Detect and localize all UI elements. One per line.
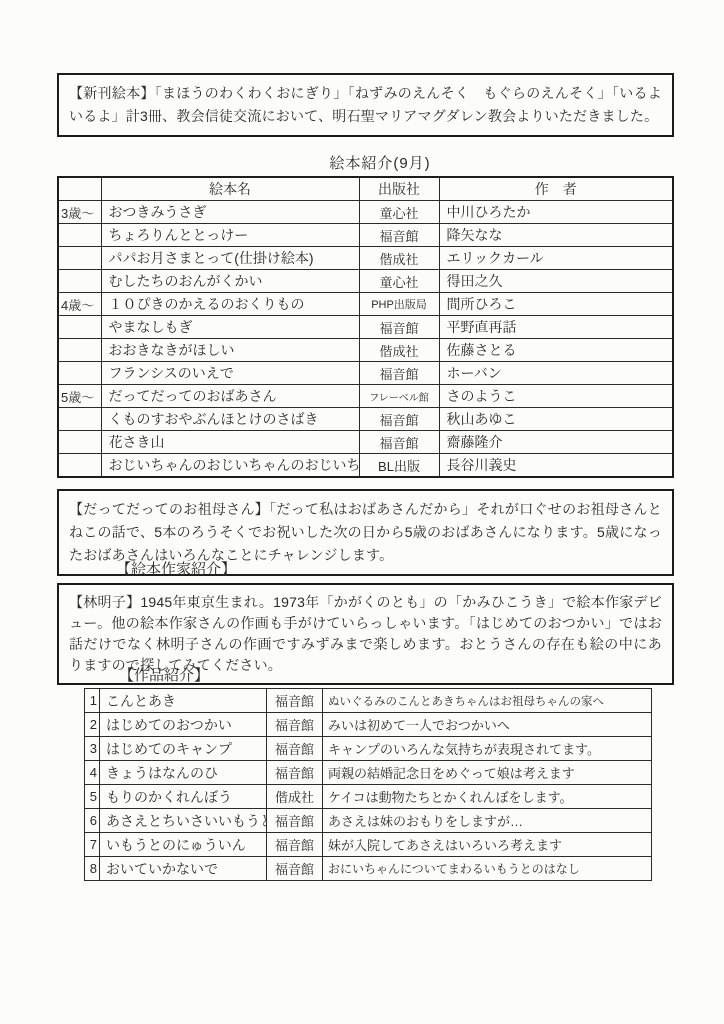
- age-cell: [58, 247, 101, 270]
- book-name-cell: あさえとちいさいいもうと: [100, 809, 267, 833]
- table-row: ちょろりんととっけー 福音館 降矢なな: [58, 224, 673, 247]
- age-cell: [58, 454, 101, 478]
- age-cell: [58, 339, 101, 362]
- publisher-cell: 偕成社: [359, 247, 439, 270]
- table-row: 3 はじめてのキャンプ 福音館 キャンプのいろんな気持ちが表現されてます。: [85, 737, 652, 761]
- table-row: 花さき山 福音館 齋藤隆介: [58, 431, 673, 454]
- publisher-cell: 福音館: [359, 431, 439, 454]
- publisher-cell: 福音館: [267, 713, 323, 737]
- age-cell: 5歳〜: [58, 385, 101, 408]
- publisher-cell: 童心社: [359, 201, 439, 224]
- book-name-cell: くものすおやぶんほとけのさばき: [101, 408, 359, 431]
- table-row: 5 もりのかくれんぼう 偕成社 ケイコは動物たちとかくれんぼをします。: [85, 785, 652, 809]
- new-books-notice-box: 【新刊絵本】「まほうのわくわくおにぎり」「ねずみのえんそく もぐらのえんそく」「…: [57, 73, 674, 137]
- author-cell: 佐藤さとる: [439, 339, 673, 362]
- table-row: やまなしもぎ 福音館 平野直再話: [58, 316, 673, 339]
- publisher-cell: PHP出版局: [359, 293, 439, 316]
- header-publisher: 出版社: [359, 177, 439, 201]
- book-name-cell: こんとあき: [100, 689, 267, 713]
- book-name-cell: むしたちのおんがくかい: [101, 270, 359, 293]
- publisher-cell: フレーベル館: [359, 385, 439, 408]
- row-number-cell: 6: [85, 809, 100, 833]
- table-row: むしたちのおんがくかい 童心社 得田之久: [58, 270, 673, 293]
- description-cell: おにいちゃんについてまわるいもうとのはなし: [323, 857, 652, 881]
- author-cell: 秋山あゆこ: [439, 408, 673, 431]
- table-row: 3歳〜 おつきみうさぎ 童心社 中川ひろたか: [58, 201, 673, 224]
- author-cell: 得田之久: [439, 270, 673, 293]
- description-cell: みいは初めて一人でおつかいへ: [323, 713, 652, 737]
- description-cell: あさえは妹のおもりをしますが…: [323, 809, 652, 833]
- publisher-cell: 福音館: [267, 857, 323, 881]
- row-number-cell: 3: [85, 737, 100, 761]
- row-number-cell: 5: [85, 785, 100, 809]
- picture-book-intro-table: 絵本名 出版社 作 者 3歳〜 おつきみうさぎ 童心社 中川ひろたか ちょろりん…: [57, 176, 674, 478]
- table-row: おじいちゃんのおじいちゃんのおじいちゃん BL出版 長谷川義史: [58, 454, 673, 478]
- scanned-newsletter-page: 【新刊絵本】「まほうのわくわくおにぎり」「ねずみのえんそく もぐらのえんそく」「…: [0, 0, 724, 1024]
- author-cell: エリックカール: [439, 247, 673, 270]
- author-bio-text: 【林明子】1945年東京生まれ。1973年「かがくのとも」の「かみひこうき」で絵…: [69, 594, 662, 673]
- row-number-cell: 4: [85, 761, 100, 785]
- book-name-cell: １０ぴきのかえるのおくりもの: [101, 293, 359, 316]
- publisher-cell: 福音館: [359, 224, 439, 247]
- age-cell: [58, 408, 101, 431]
- book-name-cell: ちょろりんととっけー: [101, 224, 359, 247]
- grandma-book-note-text: 【だってだってのお祖母さん】「だって私はおばあさんだから」それが口ぐせのお祖母さ…: [69, 501, 662, 563]
- author-cell: ホーバン: [439, 362, 673, 385]
- author-cell: 平野直再話: [439, 316, 673, 339]
- row-number-cell: 7: [85, 833, 100, 857]
- author-cell: 間所ひろこ: [439, 293, 673, 316]
- book-name-cell: おいていかないで: [100, 857, 267, 881]
- publisher-cell: 福音館: [267, 833, 323, 857]
- table-row: 5歳〜 だってだってのおばあさん フレーベル館 さのようこ: [58, 385, 673, 408]
- table-row: 7 いもうとのにゅういん 福音館 妹が入院してあさえはいろいろ考えます: [85, 833, 652, 857]
- book-name-cell: やまなしもぎ: [101, 316, 359, 339]
- author-cell: 齋藤隆介: [439, 431, 673, 454]
- row-number-cell: 8: [85, 857, 100, 881]
- description-cell: 妹が入院してあさえはいろいろ考えます: [323, 833, 652, 857]
- publisher-cell: 福音館: [267, 761, 323, 785]
- book-name-cell: いもうとのにゅういん: [100, 833, 267, 857]
- publisher-cell: BL出版: [359, 454, 439, 478]
- table-row: 4歳〜 １０ぴきのかえるのおくりもの PHP出版局 間所ひろこ: [58, 293, 673, 316]
- new-books-notice-text: 【新刊絵本】「まほうのわくわくおにぎり」「ねずみのえんそく もぐらのえんそく」「…: [69, 85, 662, 124]
- intro-table-header-row: 絵本名 出版社 作 者: [58, 177, 673, 201]
- publisher-cell: 福音館: [267, 737, 323, 761]
- table-row: 1 こんとあき 福音館 ぬいぐるみのこんとあきちゃんはお祖母ちゃんの家へ: [85, 689, 652, 713]
- publisher-cell: 福音館: [359, 408, 439, 431]
- table-row: 6 あさえとちいさいいもうと 福音館 あさえは妹のおもりをしますが…: [85, 809, 652, 833]
- book-name-cell: もりのかくれんぼう: [100, 785, 267, 809]
- author-cell: 長谷川義史: [439, 454, 673, 478]
- publisher-cell: 偕成社: [359, 339, 439, 362]
- description-cell: ケイコは動物たちとかくれんぼをします。: [323, 785, 652, 809]
- age-cell: [58, 270, 101, 293]
- book-name-cell: はじめてのキャンプ: [100, 737, 267, 761]
- age-cell: [58, 362, 101, 385]
- book-name-cell: パパお月さまとって(仕掛け絵本): [101, 247, 359, 270]
- row-number-cell: 2: [85, 713, 100, 737]
- age-cell: [58, 224, 101, 247]
- header-age: [58, 177, 101, 201]
- age-cell: [58, 316, 101, 339]
- description-cell: キャンプのいろんな気持ちが表現されてます。: [323, 737, 652, 761]
- publisher-cell: 福音館: [359, 362, 439, 385]
- author-cell: さのようこ: [439, 385, 673, 408]
- intro-table-title: 絵本紹介(9月): [70, 152, 690, 173]
- header-book-name: 絵本名: [101, 177, 359, 201]
- publisher-cell: 偕成社: [267, 785, 323, 809]
- table-row: おおきなきがほしい 偕成社 佐藤さとる: [58, 339, 673, 362]
- description-cell: ぬいぐるみのこんとあきちゃんはお祖母ちゃんの家へ: [323, 689, 652, 713]
- table-row: 2 はじめてのおつかい 福音館 みいは初めて一人でおつかいへ: [85, 713, 652, 737]
- book-name-cell: はじめてのおつかい: [100, 713, 267, 737]
- description-cell: 両親の結婚記念日をめぐって娘は考えます: [323, 761, 652, 785]
- age-cell: [58, 431, 101, 454]
- author-cell: 降矢なな: [439, 224, 673, 247]
- table-row: 8 おいていかないで 福音館 おにいちゃんについてまわるいもうとのはなし: [85, 857, 652, 881]
- book-name-cell: 花さき山: [101, 431, 359, 454]
- publisher-cell: 童心社: [359, 270, 439, 293]
- book-name-cell: おおきなきがほしい: [101, 339, 359, 362]
- publisher-cell: 福音館: [359, 316, 439, 339]
- author-section-label: 【絵本作家紹介】: [116, 558, 236, 579]
- header-author: 作 者: [439, 177, 673, 201]
- book-name-cell: フランシスのいえで: [101, 362, 359, 385]
- table-row: 4 きょうはなんのひ 福音館 両親の結婚記念日をめぐって娘は考えます: [85, 761, 652, 785]
- author-works-table: 1 こんとあき 福音館 ぬいぐるみのこんとあきちゃんはお祖母ちゃんの家へ 2 は…: [84, 688, 652, 881]
- table-row: フランシスのいえで 福音館 ホーバン: [58, 362, 673, 385]
- table-row: パパお月さまとって(仕掛け絵本) 偕成社 エリックカール: [58, 247, 673, 270]
- book-name-cell: おじいちゃんのおじいちゃんのおじいちゃん: [101, 454, 359, 478]
- age-cell: 4歳〜: [58, 293, 101, 316]
- publisher-cell: 福音館: [267, 809, 323, 833]
- row-number-cell: 1: [85, 689, 100, 713]
- age-cell: 3歳〜: [58, 201, 101, 224]
- book-name-cell: だってだってのおばあさん: [101, 385, 359, 408]
- book-name-cell: おつきみうさぎ: [101, 201, 359, 224]
- author-cell: 中川ひろたか: [439, 201, 673, 224]
- table-row: くものすおやぶんほとけのさばき 福音館 秋山あゆこ: [58, 408, 673, 431]
- book-name-cell: きょうはなんのひ: [100, 761, 267, 785]
- publisher-cell: 福音館: [267, 689, 323, 713]
- works-section-label: 【作品紹介】: [119, 664, 209, 685]
